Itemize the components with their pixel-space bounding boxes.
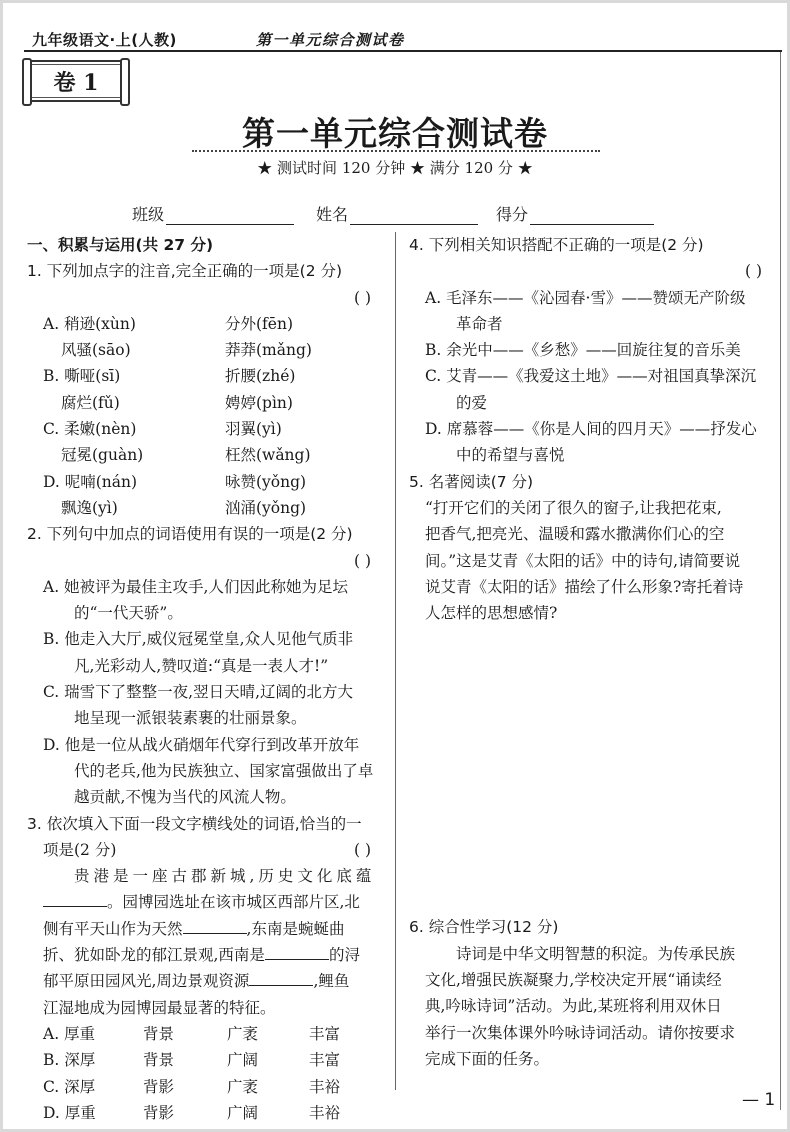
- option-item: 枉然(wǎng): [225, 442, 405, 468]
- question-3-stem: 3. 依次填入下面一段文字横线处的词语,恰当的一: [27, 811, 383, 837]
- paper-badge: 卷 1: [26, 60, 126, 102]
- option-line: 地呈现一派银装素裹的壮丽景象。: [27, 705, 383, 731]
- option-line: 的“一代天骄”。: [27, 600, 383, 626]
- answer-blank[interactable]: ( ): [27, 548, 383, 574]
- option-line: 代的老兵,他为民族独立、国家富强做出了卓: [27, 758, 383, 784]
- option-item: 娉婷(pìn): [225, 390, 405, 416]
- question-2-options: A. 她被评为最佳主攻手,人们因此称她为足坛 的“一代天骄”。 B. 他走入大厅…: [27, 574, 383, 811]
- passage-line: 江湿地成为园博园最显著的特征。: [27, 995, 383, 1021]
- option-item: 腐烂(fǔ): [43, 390, 225, 416]
- option-line: A. 她被评为最佳主攻手,人们因此称她为足坛: [27, 574, 383, 600]
- score-label: 得分: [496, 202, 528, 225]
- section-title: 一、积累与运用(共 27 分): [27, 232, 383, 258]
- option-item: 咏赞(yǒng): [225, 469, 405, 495]
- option-line: 越贡献,不愧为当代的风流人物。: [27, 784, 383, 810]
- page-border: [780, 50, 781, 1110]
- answer-blank[interactable]: ( ): [27, 285, 383, 311]
- question-5-body: “打开它们的关闭了很久的窗子,让我把花束, 把香气,把亮光、温暖和露水撒满你们心…: [409, 495, 774, 626]
- question-1-options: A. 稍逊(xùn) 分外(fēn) 风骚(sāo) 莽莽(mǎng) B. 嘶…: [27, 311, 383, 521]
- question-4-options: A. 毛泽东——《沁园春·雪》——赞颂无产阶级 革命者 B. 余光中——《乡愁》…: [409, 285, 774, 469]
- option-item: 柔嫩(nèn): [64, 420, 136, 438]
- option-item: 折腰(zhé): [225, 363, 405, 389]
- option-item: 呢喃(nán): [65, 473, 137, 491]
- class-label: 班级: [132, 202, 164, 225]
- option-item: 莽莽(mǎng): [225, 337, 405, 363]
- question-3-passage: 贵港是一座古郡新城,历史文化底蕴 。园博园选址在该市城区西部片区,北 侧有平天山…: [27, 863, 383, 1021]
- option-line: 中的希望与喜悦: [409, 442, 774, 468]
- header-chapter: 第一单元综合测试卷: [256, 29, 405, 50]
- option-item: 稍逊(xùn): [64, 315, 136, 333]
- answer-blank[interactable]: ( ): [409, 258, 774, 284]
- option-item: 分外(fēn): [225, 311, 405, 337]
- option-item: 嘶哑(sī): [64, 367, 120, 385]
- answer-blank[interactable]: ( ): [354, 837, 371, 863]
- page-number: — 1: [742, 1090, 775, 1110]
- name-label: 姓名: [316, 202, 348, 225]
- question-3-stem-cont: 项是(2 分) ( ): [27, 837, 383, 863]
- option-item: 汹涌(yǒng): [225, 495, 405, 521]
- score-field[interactable]: 得分: [496, 202, 654, 225]
- option-line: D. 他是一位从战火硝烟年代穿行到改革开放年: [27, 732, 383, 758]
- option-line: B. 余光中——《乡愁》——回旋往复的音乐美: [409, 337, 774, 363]
- option-line: 凡,光彩动人,赞叹道:“真是一表人才!”: [27, 653, 383, 679]
- answer-space[interactable]: [409, 626, 774, 914]
- option-line: 革命者: [409, 311, 774, 337]
- passage-line: 贵港是一座古郡新城,历史文化底蕴: [27, 863, 383, 889]
- option-item: 冠冕(guàn): [43, 442, 225, 468]
- right-column: 4. 下列相关知识搭配不正确的一项是(2 分) ( ) A. 毛泽东——《沁园春…: [409, 232, 774, 1072]
- option-line: C. 瑞雪下了整整一夜,翌日天晴,辽阔的北方大: [27, 679, 383, 705]
- dotted-divider: [192, 150, 600, 152]
- fill-blank-4[interactable]: [249, 969, 313, 986]
- left-column: 一、积累与运用(共 27 分) 1. 下列加点字的注音,完全正确的一项是(2 分…: [27, 232, 383, 1126]
- question-5-stem: 5. 名著阅读(7 分): [409, 469, 774, 495]
- name-field[interactable]: 姓名: [316, 202, 478, 225]
- option-line: C. 艾青——《我爱这土地》——对祖国真挚深沉: [409, 363, 774, 389]
- class-blank[interactable]: [166, 208, 294, 225]
- running-header: 九年级语文·上(人教) 第一单元综合测试卷: [24, 28, 782, 52]
- question-3-options: A. 厚重背景广袤丰富 B. 深厚背景广阔丰富 C. 深厚背影广袤丰裕 D. 厚…: [27, 1021, 383, 1126]
- score-blank[interactable]: [530, 208, 654, 225]
- option-item: 羽翼(yì): [225, 416, 405, 442]
- exam-meta: ★ 测试时间 120 分钟 ★ 满分 120 分 ★: [0, 157, 790, 178]
- fill-blank-3[interactable]: [265, 943, 329, 960]
- page-title: 第一单元综合测试卷: [0, 108, 790, 155]
- question-1-stem: 1. 下列加点字的注音,完全正确的一项是(2 分): [27, 258, 383, 284]
- name-blank[interactable]: [350, 208, 478, 225]
- question-6-body: 诗词是中华文明智慧的积淀。为传承民族 文化,增强民族凝聚力,学校决定开展“诵读经…: [409, 941, 774, 1072]
- fill-blank-1[interactable]: [43, 890, 107, 907]
- question-4-stem: 4. 下列相关知识搭配不正确的一项是(2 分): [409, 232, 774, 258]
- fill-blank-2[interactable]: [183, 917, 247, 934]
- class-field[interactable]: 班级: [132, 202, 294, 225]
- option-item: 风骚(sāo): [43, 337, 225, 363]
- option-line: 的爱: [409, 390, 774, 416]
- question-2-stem: 2. 下列句中加点的词语使用有误的一项是(2 分): [27, 521, 383, 547]
- option-line: B. 他走入大厅,威仪冠冕堂皇,众人见他气质非: [27, 626, 383, 652]
- option-item: 飘逸(yì): [43, 495, 225, 521]
- option-line: A. 毛泽东——《沁园春·雪》——赞颂无产阶级: [409, 285, 774, 311]
- option-line: D. 席慕蓉——《你是人间的四月天》——抒发心: [409, 416, 774, 442]
- header-book: 九年级语文·上(人教): [32, 29, 177, 50]
- question-6-stem: 6. 综合性学习(12 分): [409, 914, 774, 940]
